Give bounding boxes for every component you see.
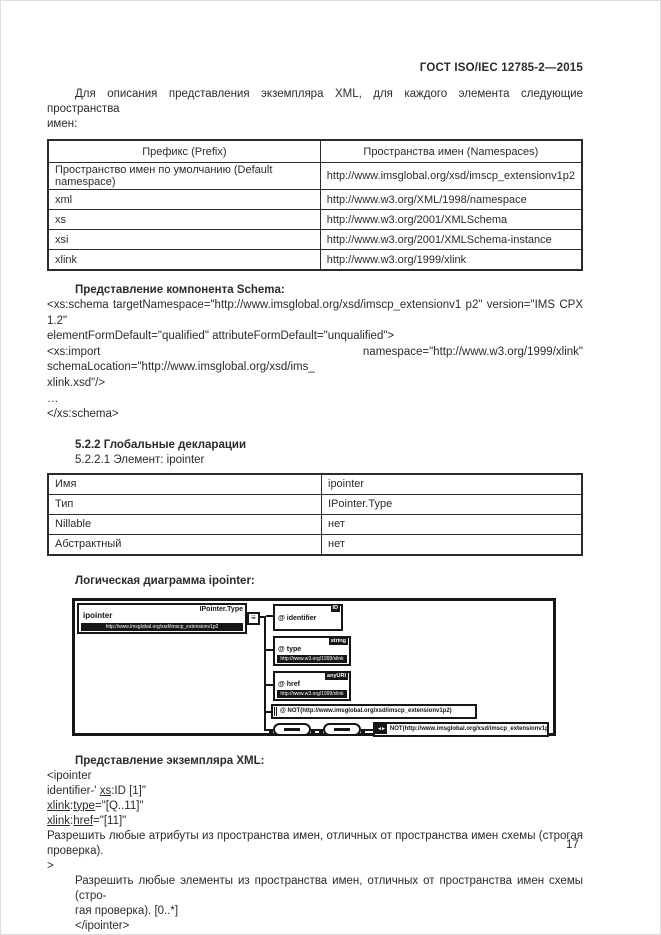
href-attr: href <box>73 815 93 827</box>
elem-wildcard-note-line-1: Разрешить любые элементы из пространства… <box>75 874 583 904</box>
identifier-tail: :ID [1]" <box>111 785 146 797</box>
attribute-wildcard-text: NOT(http://www.imsglobal.org/xsd/imscp_e… <box>288 708 452 714</box>
table-row: Пространство имен по умолчанию (Default … <box>48 163 582 190</box>
xml-instance-block: <ipointer identifier-' xs:ID [1]" xlink:… <box>47 769 583 934</box>
attribute-namespace-strip: http://www.w3.org/1999/xlink <box>277 690 347 698</box>
sequence-compositor-icon <box>323 723 361 736</box>
property-value: нет <box>322 514 583 534</box>
table-row: xs http://www.w3.org/2001/XMLSchema <box>48 210 582 230</box>
at-icon: @ <box>278 615 285 622</box>
diagram-title: Логическая диаграмма ipointer: <box>75 574 583 589</box>
datatype-badge: ID <box>331 605 341 612</box>
elem-wildcard-note-line-2: гая проверка). [0..*] <box>75 904 583 919</box>
code-line: <xs:import namespace="http://www.w3.org/… <box>47 345 583 376</box>
prefix-cell: Пространство имен по умолчанию (Default … <box>48 163 320 190</box>
prefix-cell: xml <box>48 190 320 210</box>
namespace-cell: http://www.w3.org/XML/1998/namespace <box>320 190 582 210</box>
table-row: xlink http://www.w3.org/1999/xlink <box>48 250 582 271</box>
attribute-namespace-strip: http://www.w3.org/1999/xlink <box>277 655 347 663</box>
attr-wildcard-note-line-2: проверка). <box>47 844 583 859</box>
attributes-connector-icon: ≡ <box>247 612 260 625</box>
namespace-cell: http://www.w3.org/2001/XMLSchema <box>320 210 582 230</box>
tree-branch-line <box>266 615 273 617</box>
tree-branch-line <box>266 684 273 686</box>
code-line: xlink.xsd"/> <box>47 376 583 392</box>
namespace-table: Префикс (Prefix) Пространства имен (Name… <box>47 139 583 271</box>
code-line: … <box>47 392 583 408</box>
property-value: ipointer <box>322 474 583 495</box>
prefix-cell: xs <box>48 210 320 230</box>
tree-trunk-line <box>264 616 266 731</box>
table-row: Имя ipointer <box>48 474 582 495</box>
attribute-type-box: string @ type http://www.w3.org/1999/xli… <box>273 636 351 666</box>
type-value: ="[Q..11]" <box>95 800 144 812</box>
property-label: Тип <box>48 494 322 514</box>
xlink-prefix: xlink <box>47 815 70 827</box>
instance-identifier-line: identifier-' xs:ID [1]" <box>47 784 583 799</box>
schema-code-block: <xs:schema targetNamespace="http://www.i… <box>47 298 583 423</box>
root-element-type: IPointer.Type <box>200 606 243 613</box>
page-content: ГОСТ ISO/IEC 12785-2—2015 Для описания п… <box>47 0 583 934</box>
namespace-cell: http://www.w3.org/1999/xlink <box>320 250 582 271</box>
instance-xlink-type-line: xlink:type="[Q..11]" <box>47 799 583 814</box>
code-line: </xs:schema> <box>47 407 583 423</box>
schema-section-title: Представление компонента Schema: <box>75 283 583 298</box>
root-element-name: ipointer <box>83 611 112 620</box>
attribute-wildcard-box: @ NOT(http://www.imsglobal.org/xsd/imscp… <box>271 704 477 719</box>
element-properties-table: Имя ipointer Тип IPointer.Type Nillable … <box>47 473 583 556</box>
table-row: Тип IPointer.Type <box>48 494 582 514</box>
attribute-label: @ type <box>278 646 301 653</box>
xs-prefix: xs <box>100 785 112 797</box>
property-value: IPointer.Type <box>322 494 583 514</box>
root-namespace-strip: http://www.imsglobal.org/xsd/imscp_exten… <box>81 623 243 631</box>
property-label: Nillable <box>48 514 322 534</box>
at-icon: @ <box>278 681 285 688</box>
xlink-prefix: xlink <box>47 800 70 812</box>
prefix-cell: xsi <box>48 230 320 250</box>
sequence-dash <box>284 728 300 731</box>
datatype-badge: anyURI <box>325 673 348 680</box>
intro-paragraph: Для описания представления экземпляра XM… <box>47 87 583 132</box>
table-row: xsi http://www.w3.org/2001/XMLSchema-ins… <box>48 230 582 250</box>
attribute-name: href <box>287 681 300 688</box>
intro-line-1: Для описания представления экземпляра XM… <box>47 87 583 117</box>
section-subheading: 5.2.2.1 Элемент: ipointer <box>75 453 583 468</box>
section-heading: 5.2.2 Глобальные декларации <box>75 438 583 453</box>
column-header-namespace: Пространства имен (Namespaces) <box>320 140 582 163</box>
tree-branch-line <box>266 649 273 651</box>
xsd-logical-diagram: ipointer IPointer.Type http://www.imsglo… <box>72 598 556 736</box>
table-row: xml http://www.w3.org/XML/1998/namespace <box>48 190 582 210</box>
column-header-prefix: Префикс (Prefix) <box>48 140 320 163</box>
attribute-identifier-box: ID @ identifier <box>273 604 343 631</box>
attribute-name: type <box>287 646 301 653</box>
wildcard-bar-icon <box>274 707 277 716</box>
namespace-cell: http://www.imsglobal.org/xsd/imscp_exten… <box>320 163 582 190</box>
page-header: ГОСТ ISO/IEC 12785-2—2015 <box>47 62 583 74</box>
prefix-cell: xlink <box>48 250 320 271</box>
property-label: Имя <box>48 474 322 495</box>
instance-section-title: Представление экземпляра XML: <box>75 754 583 769</box>
tree-branch-line <box>365 729 373 731</box>
datatype-badge: string <box>329 638 348 645</box>
table-row: Nillable нет <box>48 514 582 534</box>
attribute-name: identifier <box>287 615 317 622</box>
at-icon: @ <box>278 646 285 653</box>
property-value: нет <box>322 534 583 555</box>
connector-nub <box>319 729 323 733</box>
namespace-cell: http://www.w3.org/2001/XMLSchema-instanc… <box>320 230 582 250</box>
property-label: Абстрактный <box>48 534 322 555</box>
instance-xlink-href-line: xlink:href="[11]" <box>47 814 583 829</box>
at-icon: @ <box>280 708 286 714</box>
attr-wildcard-note-line-1: Разрешить любые атрибуты из пространства… <box>47 829 583 844</box>
table-row: Абстрактный нет <box>48 534 582 555</box>
document-page: ГОСТ ISO/IEC 12785-2—2015 Для описания п… <box>0 0 661 935</box>
sequence-compositor-icon <box>273 723 311 736</box>
instance-close-tag: </ipointer> <box>75 919 583 934</box>
href-value: ="[11]" <box>93 815 126 827</box>
connector-nub <box>269 729 273 733</box>
any-element-icon: ◄► <box>375 724 387 734</box>
attribute-label: @ identifier <box>278 615 316 622</box>
intro-line-2: имен: <box>47 117 583 132</box>
code-line: <xs:schema targetNamespace="http://www.i… <box>47 298 583 329</box>
element-wildcard-text: NOT(http://www.imsglobal.org/xsd/imscp_e… <box>390 726 549 732</box>
sequence-dash <box>334 728 350 731</box>
attribute-href-box: anyURI @ href http://www.w3.org/1999/xli… <box>273 671 351 701</box>
identifier-text: identifier-' <box>47 785 100 797</box>
root-element-box: ipointer IPointer.Type http://www.imsglo… <box>77 603 247 634</box>
type-attr: type <box>73 800 95 812</box>
code-line: elementFormDefault="qualified" attribute… <box>47 329 583 345</box>
instance-gt: > <box>47 859 583 874</box>
instance-open-tag: <ipointer <box>47 769 583 784</box>
page-number: 17 <box>566 839 579 851</box>
attribute-label: @ href <box>278 681 300 688</box>
table-header-row: Префикс (Prefix) Пространства имен (Name… <box>48 140 582 163</box>
element-wildcard-box: ◄► NOT(http://www.imsglobal.org/xsd/imsc… <box>373 722 549 737</box>
